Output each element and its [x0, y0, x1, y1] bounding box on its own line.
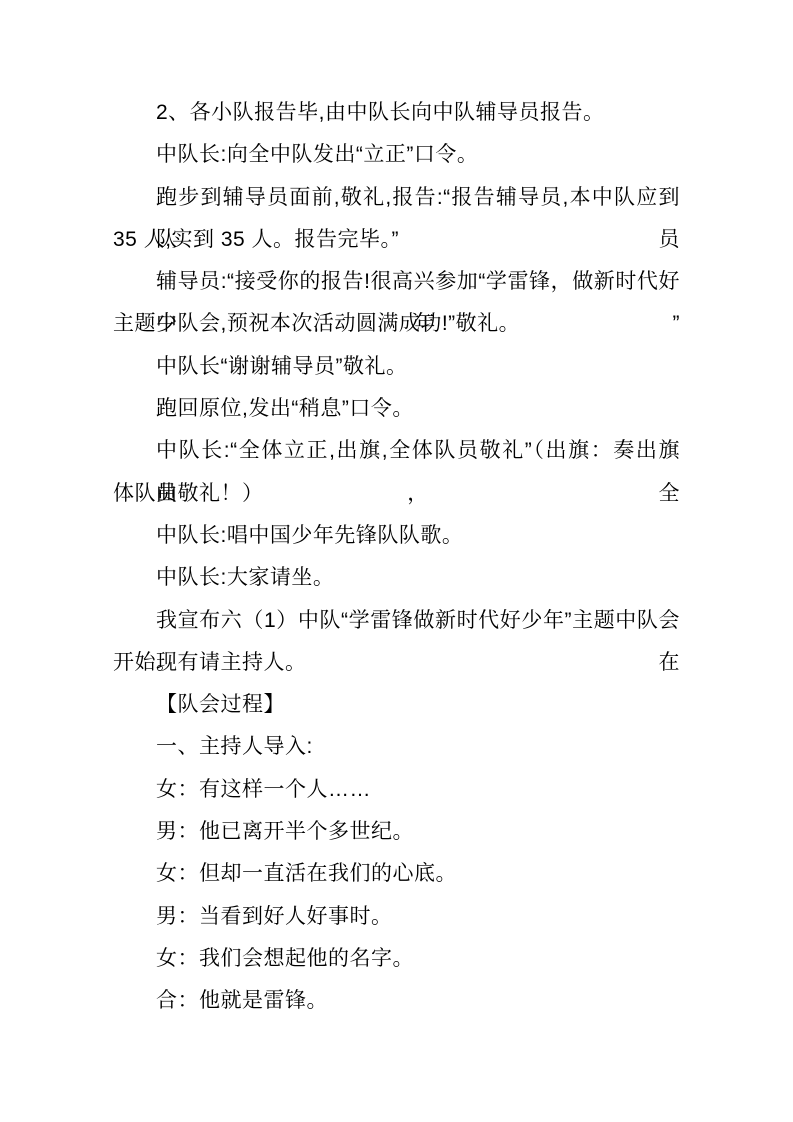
- doc-line: 2、各小队报告毕,由中队长向中队辅导员报告。: [113, 92, 680, 134]
- doc-line: 中队长:“全体立正,出旗,全体队员敬礼”（出旗：奏出旗曲，全: [113, 430, 680, 472]
- doc-line: 合：他就是雷锋。: [113, 980, 680, 1022]
- doc-subsection-heading: 一、主持人导入:: [113, 726, 680, 768]
- doc-line: 男：他已离开半个多世纪。: [113, 811, 680, 853]
- document-page: 2、各小队报告毕,由中队长向中队辅导员报告。 中队长:向全中队发出“立正”口令。…: [0, 0, 793, 1122]
- doc-line: 女：但却一直活在我们的心底。: [113, 853, 680, 895]
- doc-line: 中队长:唱中国少年先锋队队歌。: [113, 515, 680, 557]
- doc-section-heading: 【队会过程】: [113, 684, 680, 726]
- doc-line: 中队长:向全中队发出“立正”口令。: [113, 134, 680, 176]
- doc-line: 中队长“谢谢辅导员”敬礼。: [113, 346, 680, 388]
- doc-line: 中队长:大家请坐。: [113, 557, 680, 599]
- doc-line: 辅导员:“接受你的报告!很高兴参加“学雷锋，做新时代好少年”: [113, 261, 680, 303]
- doc-line: 女：有这样一个人……: [113, 769, 680, 811]
- doc-line: 女：我们会想起他的名字。: [113, 938, 680, 980]
- doc-line: 男：当看到好人好事时。: [113, 896, 680, 938]
- doc-line: 跑步到辅导员面前,敬礼,报告:“报告辅导员,本中队应到队员: [113, 177, 680, 219]
- doc-line: 跑回原位,发出“稍息”口令。: [113, 388, 680, 430]
- document-text-block: 2、各小队报告毕,由中队长向中队辅导员报告。 中队长:向全中队发出“立正”口令。…: [113, 92, 680, 1023]
- doc-line: 我宣布六（1）中队“学雷锋做新时代好少年”主题中队会现在: [113, 600, 680, 642]
